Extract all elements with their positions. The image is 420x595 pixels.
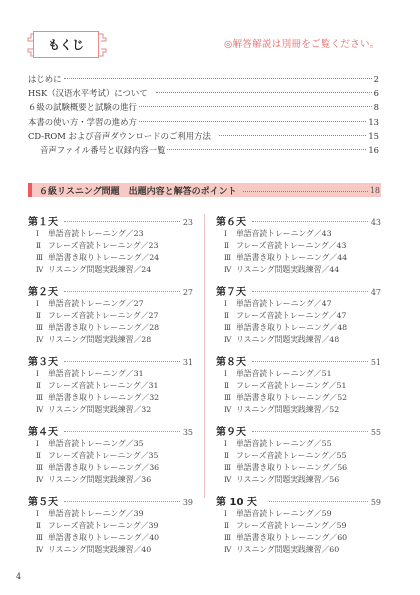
- item-numeral: Ⅰ: [224, 508, 236, 520]
- item-numeral: Ⅱ: [224, 450, 236, 462]
- item-numeral: Ⅰ: [36, 298, 48, 310]
- toc-entry[interactable]: ６級の試験概要と試験の進行 8: [28, 100, 379, 114]
- item-text: リスニング問題実践練習／60: [236, 545, 339, 554]
- day-item[interactable]: Ⅲ単語書き取りトレーニング／56: [216, 462, 381, 474]
- day-item[interactable]: Ⅲ単語書き取りトレーニング／48: [216, 322, 381, 334]
- day-item[interactable]: Ⅲ単語書き取りトレーニング／36: [28, 462, 193, 474]
- day-page: 43: [371, 218, 381, 227]
- item-numeral: Ⅲ: [36, 392, 48, 404]
- item-numeral: Ⅰ: [224, 368, 236, 380]
- item-text: 単語音読トレーニング／43: [236, 229, 332, 238]
- day-item[interactable]: Ⅳリスニング問題実践練習／60: [216, 544, 381, 556]
- item-text: リスニング問題実践練習／48: [236, 335, 339, 344]
- day-item[interactable]: Ⅱフレーズ音読トレーニング／51: [216, 380, 381, 392]
- day-label: 第２天: [28, 283, 58, 298]
- day-item[interactable]: Ⅱフレーズ音読トレーニング／35: [28, 450, 193, 462]
- answer-note: ◎解答解説は別冊をご覧ください。: [224, 36, 380, 50]
- item-numeral: Ⅳ: [224, 474, 236, 486]
- item-text: 単語音読トレーニング／39: [48, 509, 144, 518]
- day-item[interactable]: Ⅱフレーズ音読トレーニング／31: [28, 380, 193, 392]
- day-item[interactable]: Ⅰ単語音読トレーニング／59: [216, 508, 381, 520]
- day-label: 第７天: [216, 283, 246, 298]
- item-numeral: Ⅲ: [224, 322, 236, 334]
- leader-dots: [64, 501, 180, 502]
- leader-dots: [139, 106, 372, 107]
- item-numeral: Ⅰ: [36, 368, 48, 380]
- item-text: フレーズ音読トレーニング／23: [48, 241, 158, 250]
- day-page: 51: [371, 358, 381, 367]
- item-text: フレーズ音読トレーニング／47: [236, 311, 346, 320]
- leader-dots: [252, 361, 368, 362]
- section-page: 18: [370, 186, 381, 195]
- item-numeral: Ⅲ: [224, 392, 236, 404]
- item-numeral: Ⅰ: [224, 228, 236, 240]
- day-heading[interactable]: 第５天 39: [28, 493, 193, 508]
- day-item[interactable]: Ⅲ単語書き取りトレーニング／60: [216, 532, 381, 544]
- day-item[interactable]: Ⅰ単語音読トレーニング／23: [28, 228, 193, 240]
- item-text: リスニング問題実践練習／56: [236, 475, 339, 484]
- toc-entry-page: 6: [374, 86, 379, 100]
- leader-dots: [139, 121, 366, 122]
- item-text: 単語書き取りトレーニング／32: [48, 393, 159, 402]
- leader-dots: [64, 361, 180, 362]
- day-page: 27: [183, 288, 193, 297]
- day-item[interactable]: Ⅲ単語書き取りトレーニング／32: [28, 392, 193, 404]
- day-item[interactable]: Ⅱフレーズ音読トレーニング／27: [28, 310, 193, 322]
- day-item[interactable]: Ⅰ単語音読トレーニング／35: [28, 438, 193, 450]
- day-item[interactable]: Ⅳリスニング問題実践練習／44: [216, 264, 381, 276]
- item-text: 単語書き取りトレーニング／48: [236, 323, 347, 332]
- toc-entry[interactable]: 本書の使い方・学習の進め方 13: [28, 115, 379, 129]
- item-text: リスニング問題実践練習／32: [48, 405, 151, 414]
- day-label: 第１天: [28, 213, 58, 228]
- day-heading[interactable]: 第３天 31: [28, 353, 193, 368]
- item-numeral: Ⅲ: [224, 462, 236, 474]
- toc-entry[interactable]: はじめに 2: [28, 72, 379, 86]
- day-label: 第 10 天: [216, 493, 257, 508]
- day-item[interactable]: Ⅲ単語書き取りトレーニング／52: [216, 392, 381, 404]
- item-text: 単語音読トレーニング／59: [236, 509, 332, 518]
- toc-title: もくじ: [48, 36, 84, 53]
- day-label: 第６天: [216, 213, 246, 228]
- item-numeral: Ⅳ: [224, 544, 236, 556]
- day-item[interactable]: Ⅱフレーズ音読トレーニング／23: [28, 240, 193, 252]
- day-item[interactable]: Ⅳリスニング問題実践練習／28: [28, 334, 193, 346]
- day-item[interactable]: Ⅱフレーズ音読トレーニング／39: [28, 520, 193, 532]
- leader-dots: [167, 149, 366, 150]
- leader-dots: [64, 291, 180, 292]
- leader-dots: [64, 221, 180, 222]
- item-text: 単語書き取りトレーニング／40: [48, 533, 159, 542]
- item-text: フレーズ音読トレーニング／43: [236, 241, 346, 250]
- item-text: フレーズ音読トレーニング／51: [236, 381, 346, 390]
- item-text: 単語書き取りトレーニング／56: [236, 463, 347, 472]
- toc-entry-page: 16: [368, 143, 379, 157]
- toc-entry-page: 15: [368, 129, 379, 143]
- day-heading[interactable]: 第１天 23: [28, 213, 193, 228]
- toc-entry[interactable]: HSK（汉语水平考试）について 6: [28, 86, 379, 100]
- day-heading[interactable]: 第９天 55: [216, 423, 381, 438]
- item-numeral: Ⅳ: [36, 264, 48, 276]
- day-page: 39: [183, 498, 193, 507]
- item-numeral: Ⅱ: [36, 450, 48, 462]
- day-item[interactable]: Ⅳリスニング問題実践練習／48: [216, 334, 381, 346]
- day-item[interactable]: Ⅱフレーズ音読トレーニング／59: [216, 520, 381, 532]
- item-text: 単語書き取りトレーニング／44: [236, 253, 347, 262]
- toc-entry-label: CD-ROM および音声ダウンロードのご利用方法: [28, 129, 211, 143]
- day-block: 第１天 23 Ⅰ単語音読トレーニング／23 Ⅱフレーズ音読トレーニング／23 Ⅲ…: [28, 213, 193, 276]
- toc-entry-page: 2: [374, 72, 379, 86]
- item-text: フレーズ音読トレーニング／39: [48, 521, 158, 530]
- day-block: 第 10 天 59 Ⅰ単語音読トレーニング／59 Ⅱフレーズ音読トレーニング／5…: [216, 493, 381, 556]
- day-item[interactable]: Ⅰ単語音読トレーニング／55: [216, 438, 381, 450]
- day-item[interactable]: Ⅲ単語書き取りトレーニング／40: [28, 532, 193, 544]
- item-text: 単語書き取りトレーニング／60: [236, 533, 347, 542]
- section-heading[interactable]: ６級リスニング問題 出題内容と解答のポイント 18: [28, 183, 381, 197]
- right-ornament-icon: [99, 33, 107, 57]
- item-text: リスニング問題実践練習／28: [48, 335, 151, 344]
- item-numeral: Ⅲ: [224, 532, 236, 544]
- leader-dots: [252, 291, 368, 292]
- leader-dots: [243, 191, 368, 192]
- toc-entry-label: はじめに: [28, 72, 62, 86]
- item-numeral: Ⅳ: [36, 334, 48, 346]
- item-text: 単語音読トレーニング／27: [48, 299, 144, 308]
- item-text: 単語音読トレーニング／51: [236, 369, 332, 378]
- item-numeral: Ⅳ: [224, 264, 236, 276]
- day-heading[interactable]: 第８天 51: [216, 353, 381, 368]
- day-item[interactable]: Ⅰ単語音読トレーニング／43: [216, 228, 381, 240]
- toc-entry-page: 13: [368, 115, 379, 129]
- day-item[interactable]: Ⅳリスニング問題実践練習／56: [216, 474, 381, 486]
- item-numeral: Ⅳ: [224, 404, 236, 416]
- day-page: 59: [371, 498, 381, 507]
- day-block: 第９天 55 Ⅰ単語音読トレーニング／55 Ⅱフレーズ音読トレーニング／55 Ⅲ…: [216, 423, 381, 486]
- day-label: 第９天: [216, 423, 246, 438]
- days-left-column: 第１天 23 Ⅰ単語音読トレーニング／23 Ⅱフレーズ音読トレーニング／23 Ⅲ…: [28, 213, 193, 563]
- item-text: 単語音読トレーニング／35: [48, 439, 144, 448]
- day-block: 第８天 51 Ⅰ単語音読トレーニング／51 Ⅱフレーズ音読トレーニング／51 Ⅲ…: [216, 353, 381, 416]
- day-item[interactable]: Ⅳリスニング問題実践練習／40: [28, 544, 193, 556]
- leader-dots: [64, 431, 180, 432]
- item-text: 単語書き取りトレーニング／52: [236, 393, 347, 402]
- day-item[interactable]: Ⅰ単語音読トレーニング／27: [28, 298, 193, 310]
- day-block: 第２天 27 Ⅰ単語音読トレーニング／27 Ⅱフレーズ音読トレーニング／27 Ⅲ…: [28, 283, 193, 346]
- toc-entry-label: ６級の試験概要と試験の進行: [28, 100, 137, 114]
- toc-title-box: もくじ: [33, 31, 99, 58]
- day-heading[interactable]: 第７天 47: [216, 283, 381, 298]
- item-text: リスニング問題実践練習／24: [48, 265, 151, 274]
- day-page: 23: [183, 218, 193, 227]
- toc-entry[interactable]: CD-ROM および音声ダウンロードのご利用方法 15: [28, 129, 379, 143]
- item-numeral: Ⅱ: [36, 520, 48, 532]
- day-heading[interactable]: 第６天 43: [216, 213, 381, 228]
- item-numeral: Ⅰ: [36, 508, 48, 520]
- day-item[interactable]: Ⅰ単語音読トレーニング／31: [28, 368, 193, 380]
- day-heading[interactable]: 第２天 27: [28, 283, 193, 298]
- item-text: フレーズ音読トレーニング／35: [48, 451, 158, 460]
- leader-dots: [252, 431, 368, 432]
- item-text: リスニング問題実践練習／44: [236, 265, 339, 274]
- item-numeral: Ⅰ: [36, 438, 48, 450]
- toc-entry-label: HSK（汉语水平考试）について: [28, 86, 148, 100]
- item-numeral: Ⅱ: [224, 240, 236, 252]
- item-numeral: Ⅳ: [36, 544, 48, 556]
- item-numeral: Ⅳ: [36, 474, 48, 486]
- item-text: 単語音読トレーニング／23: [48, 229, 144, 238]
- item-text: リスニング問題実践練習／36: [48, 475, 151, 484]
- page-number: 4: [16, 572, 21, 581]
- day-item[interactable]: Ⅰ単語音読トレーニング／39: [28, 508, 193, 520]
- day-item[interactable]: Ⅰ単語音読トレーニング／51: [216, 368, 381, 380]
- day-block: 第５天 39 Ⅰ単語音読トレーニング／39 Ⅱフレーズ音読トレーニング／39 Ⅲ…: [28, 493, 193, 556]
- item-text: 単語書き取りトレーニング／24: [48, 253, 159, 262]
- item-numeral: Ⅰ: [224, 438, 236, 450]
- item-numeral: Ⅲ: [224, 252, 236, 264]
- day-page: 47: [371, 288, 381, 297]
- toc-entry-label: 本書の使い方・学習の進め方: [28, 115, 137, 129]
- item-numeral: Ⅲ: [36, 322, 48, 334]
- item-text: フレーズ音読トレーニング／59: [236, 521, 346, 530]
- item-numeral: Ⅱ: [224, 520, 236, 532]
- item-text: 単語音読トレーニング／31: [48, 369, 144, 378]
- day-item[interactable]: Ⅳリスニング問題実践練習／32: [28, 404, 193, 416]
- day-block: 第４天 35 Ⅰ単語音読トレーニング／35 Ⅱフレーズ音読トレーニング／35 Ⅲ…: [28, 423, 193, 486]
- day-label: 第８天: [216, 353, 246, 368]
- item-text: 単語書き取りトレーニング／36: [48, 463, 159, 472]
- day-item[interactable]: Ⅳリスニング問題実践練習／24: [28, 264, 193, 276]
- day-item[interactable]: Ⅱフレーズ音読トレーニング／43: [216, 240, 381, 252]
- item-numeral: Ⅳ: [36, 404, 48, 416]
- item-text: リスニング問題実践練習／52: [236, 405, 339, 414]
- day-label: 第５天: [28, 493, 58, 508]
- leader-dots: [269, 501, 368, 502]
- leader-dots: [156, 92, 372, 93]
- day-item[interactable]: Ⅳリスニング問題実践練習／36: [28, 474, 193, 486]
- leader-dots: [252, 221, 368, 222]
- item-numeral: Ⅲ: [36, 462, 48, 474]
- item-numeral: Ⅱ: [36, 240, 48, 252]
- item-numeral: Ⅲ: [36, 532, 48, 544]
- day-page: 55: [371, 428, 381, 437]
- day-label: 第４天: [28, 423, 58, 438]
- day-label: 第３天: [28, 353, 58, 368]
- day-block: 第６天 43 Ⅰ単語音読トレーニング／43 Ⅱフレーズ音読トレーニング／43 Ⅲ…: [216, 213, 381, 276]
- item-text: 単語音読トレーニング／47: [236, 299, 332, 308]
- toc-entry-label: 音声ファイル番号と収録内容一覧: [28, 143, 165, 157]
- item-text: リスニング問題実践練習／40: [48, 545, 151, 554]
- day-page: 35: [183, 428, 193, 437]
- day-page: 31: [183, 358, 193, 367]
- item-text: 単語音読トレーニング／55: [236, 439, 332, 448]
- toc-entry[interactable]: 音声ファイル番号と収録内容一覧 16: [28, 143, 379, 157]
- leader-dots: [64, 78, 372, 79]
- item-text: フレーズ音読トレーニング／55: [236, 451, 346, 460]
- day-item[interactable]: Ⅲ単語書き取りトレーニング／24: [28, 252, 193, 264]
- day-item[interactable]: Ⅱフレーズ音読トレーニング／47: [216, 310, 381, 322]
- days-right-column: 第６天 43 Ⅰ単語音読トレーニング／43 Ⅱフレーズ音読トレーニング／43 Ⅲ…: [216, 213, 381, 563]
- item-numeral: Ⅰ: [36, 228, 48, 240]
- day-item[interactable]: Ⅰ単語音読トレーニング／47: [216, 298, 381, 310]
- section-title: ６級リスニング問題 出題内容と解答のポイント: [32, 184, 237, 197]
- item-numeral: Ⅳ: [224, 334, 236, 346]
- day-block: 第３天 31 Ⅰ単語音読トレーニング／31 Ⅱフレーズ音読トレーニング／31 Ⅲ…: [28, 353, 193, 416]
- item-numeral: Ⅲ: [36, 252, 48, 264]
- day-heading[interactable]: 第４天 35: [28, 423, 193, 438]
- item-numeral: Ⅱ: [36, 310, 48, 322]
- day-item[interactable]: Ⅲ単語書き取りトレーニング／28: [28, 322, 193, 334]
- day-heading[interactable]: 第 10 天 59: [216, 493, 381, 508]
- item-text: 単語書き取りトレーニング／28: [48, 323, 159, 332]
- item-text: フレーズ音読トレーニング／27: [48, 311, 158, 320]
- toc-entry-page: 8: [374, 100, 379, 114]
- leader-dots: [219, 135, 366, 136]
- item-numeral: Ⅱ: [224, 310, 236, 322]
- day-item[interactable]: Ⅱフレーズ音読トレーニング／55: [216, 450, 381, 462]
- front-matter-list: はじめに 2 HSK（汉语水平考试）について 6 ６級の試験概要と試験の進行 8…: [28, 72, 379, 157]
- item-text: フレーズ音読トレーニング／31: [48, 381, 158, 390]
- day-block: 第７天 47 Ⅰ単語音読トレーニング／47 Ⅱフレーズ音読トレーニング／47 Ⅲ…: [216, 283, 381, 346]
- day-item[interactable]: Ⅲ単語書き取りトレーニング／44: [216, 252, 381, 264]
- item-numeral: Ⅱ: [224, 380, 236, 392]
- day-item[interactable]: Ⅳリスニング問題実践練習／52: [216, 404, 381, 416]
- item-numeral: Ⅰ: [224, 298, 236, 310]
- item-numeral: Ⅱ: [36, 380, 48, 392]
- column-divider: [204, 214, 205, 498]
